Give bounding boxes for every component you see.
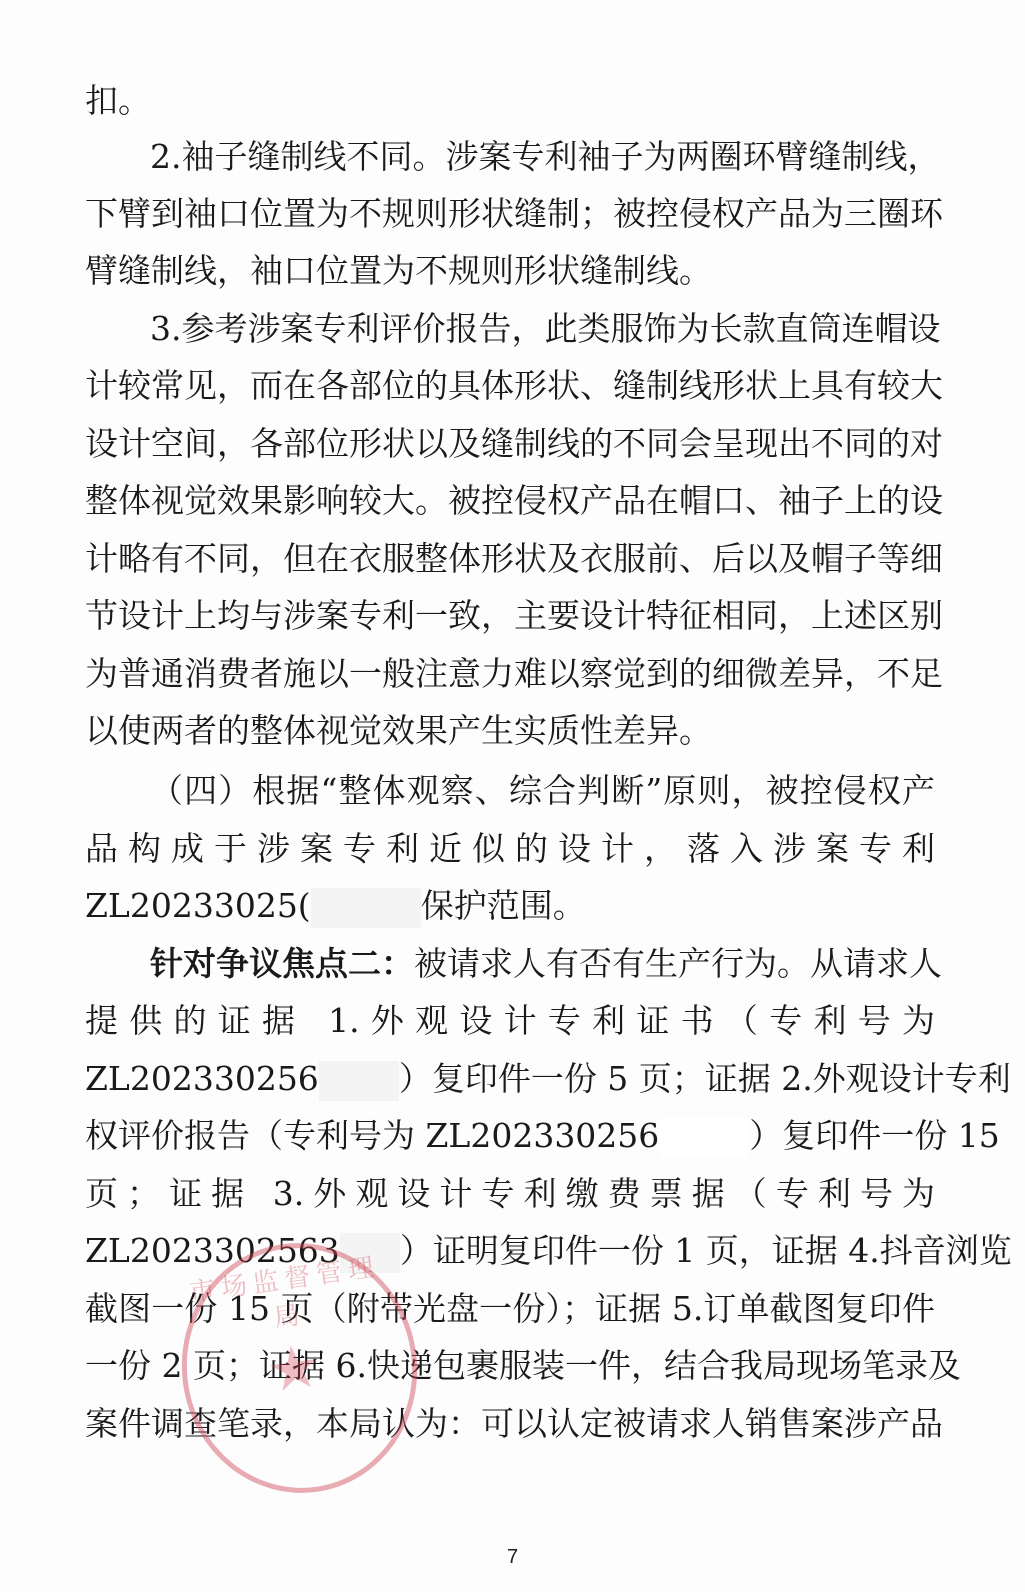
line-text: 品构成于涉案专利近似的设计，落入涉案专利 — [85, 829, 935, 868]
patent-number: ZL2023302563 — [85, 1231, 340, 1270]
line-text: 提供的证据 1.外观设计专利证书（专利号为 — [85, 1001, 935, 1040]
text-line: 扣。 — [85, 72, 935, 129]
line-text: 整体视觉效果影响较大。被控侵权产品在帽口、袖子上的设 — [85, 481, 943, 520]
text-line: ZL20233025(保护范围。 — [85, 877, 935, 934]
text-line: 臂缝制线，袖口位置为不规则形状缝制线。 — [85, 242, 935, 299]
line-text: 臂缝制线，袖口位置为不规则形状缝制线。 — [85, 251, 712, 290]
text-line: 针对争议焦点二：被请求人有否有生产行为。从请求人 — [150, 935, 935, 992]
text-line: 3.参考涉案专利评价报告，此类服饰为长款直筒连帽设 — [150, 300, 935, 357]
text-line: 案件调查笔录，本局认为：可以认定被请求人销售案涉产品 — [85, 1395, 935, 1452]
line-text: ）复印件一份 5 页；证据 2.外观设计专利 — [399, 1059, 1011, 1098]
text-line: 截图一份 15 页（附带光盘一份）；证据 5.订单截图复印件 — [85, 1280, 935, 1337]
patent-number: ZL202330256 — [85, 1059, 319, 1098]
text-line: 节设计上均与涉案专利一致，主要设计特征相同，上述区别 — [85, 587, 935, 644]
text-line: 为普通消费者施以一般注意力难以察觉到的细微差异，不足 — [85, 645, 935, 702]
document-page: 扣。 2.袖子缝制线不同。涉案专利袖子为两圈环臂缝制线， 下臂到袖口位置为不规则… — [0, 0, 1025, 1592]
line-text: 案件调查笔录，本局认为：可以认定被请求人销售案涉产品 — [85, 1404, 943, 1443]
redaction-box — [319, 1061, 399, 1101]
redaction-box — [340, 1233, 400, 1273]
line-text: 节设计上均与涉案专利一致，主要设计特征相同，上述区别 — [85, 596, 943, 635]
line-text: 以使两者的整体视觉效果产生实质性差异。 — [85, 711, 712, 750]
page-number: 7 — [0, 1546, 1025, 1569]
line-text: 一份 2 页；证据 6.快递包裹服装一件，结合我局现场笔录及 — [85, 1346, 961, 1385]
patent-number: ZL20233025( — [85, 886, 311, 925]
text-line: 2.袖子缝制线不同。涉案专利袖子为两圈环臂缝制线， — [150, 128, 935, 185]
redaction-box — [659, 1118, 749, 1158]
text-line: 设计空间，各部位形状以及缝制线的不同会呈现出不同的对 — [85, 415, 935, 472]
line-text: 扣。 — [85, 81, 151, 120]
line-text: （四）根据“整体观察、综合判断”原则，被控侵权产 — [150, 771, 935, 810]
text-line: （四）根据“整体观察、综合判断”原则，被控侵权产 — [150, 762, 935, 819]
line-text: 计略有不同，但在衣服整体形状及衣服前、后以及帽子等细 — [85, 539, 943, 578]
text-line: ZL202330256）复印件一份 5 页；证据 2.外观设计专利 — [85, 1050, 935, 1107]
line-text: 为普通消费者施以一般注意力难以察觉到的细微差异，不足 — [85, 654, 943, 693]
text-line: 权评价报告（专利号为 ZL202330256）复印件一份 15 — [85, 1107, 935, 1164]
line-text: 保护范围。 — [421, 886, 586, 925]
text-line: 计略有不同，但在衣服整体形状及衣服前、后以及帽子等细 — [85, 530, 935, 587]
text-line: 一份 2 页；证据 6.快递包裹服装一件，结合我局现场笔录及 — [85, 1337, 935, 1394]
text-line: 以使两者的整体视觉效果产生实质性差异。 — [85, 702, 935, 759]
text-line: 计较常见，而在各部位的具体形状、缝制线形状上具有较大 — [85, 357, 935, 414]
line-text: 下臂到袖口位置为不规则形状缝制；被控侵权产品为三圈环 — [85, 194, 943, 233]
section-heading: 针对争议焦点二： — [150, 944, 414, 983]
line-text: 页；证据 3.外观设计专利缴费票据（专利号为 — [85, 1174, 935, 1213]
line-text: 设计空间，各部位形状以及缝制线的不同会呈现出不同的对 — [85, 424, 943, 463]
line-text: ）复印件一份 15 — [749, 1116, 999, 1155]
line-text: 计较常见，而在各部位的具体形状、缝制线形状上具有较大 — [85, 366, 943, 405]
line-text: 截图一份 15 页（附带光盘一份）；证据 5.订单截图复印件 — [85, 1289, 935, 1328]
redaction-box — [311, 888, 421, 928]
line-text: 3.参考涉案专利评价报告，此类服饰为长款直筒连帽设 — [150, 309, 941, 348]
line-text: ）证明复印件一份 1 页，证据 4.抖音浏览 — [400, 1231, 1012, 1270]
text-line: 页；证据 3.外观设计专利缴费票据（专利号为 — [85, 1165, 935, 1222]
text-line: 整体视觉效果影响较大。被控侵权产品在帽口、袖子上的设 — [85, 472, 935, 529]
line-text: 2.袖子缝制线不同。涉案专利袖子为两圈环臂缝制线， — [150, 137, 941, 176]
text-line: 品构成于涉案专利近似的设计，落入涉案专利 — [85, 820, 935, 877]
line-text: 被请求人有否有生产行为。从请求人 — [414, 944, 942, 983]
text-line: 下臂到袖口位置为不规则形状缝制；被控侵权产品为三圈环 — [85, 185, 935, 242]
text-line: 提供的证据 1.外观设计专利证书（专利号为 — [85, 992, 935, 1049]
text-line: ZL2023302563）证明复印件一份 1 页，证据 4.抖音浏览 — [85, 1222, 935, 1279]
patent-number: 权评价报告（专利号为 ZL202330256 — [85, 1116, 659, 1155]
